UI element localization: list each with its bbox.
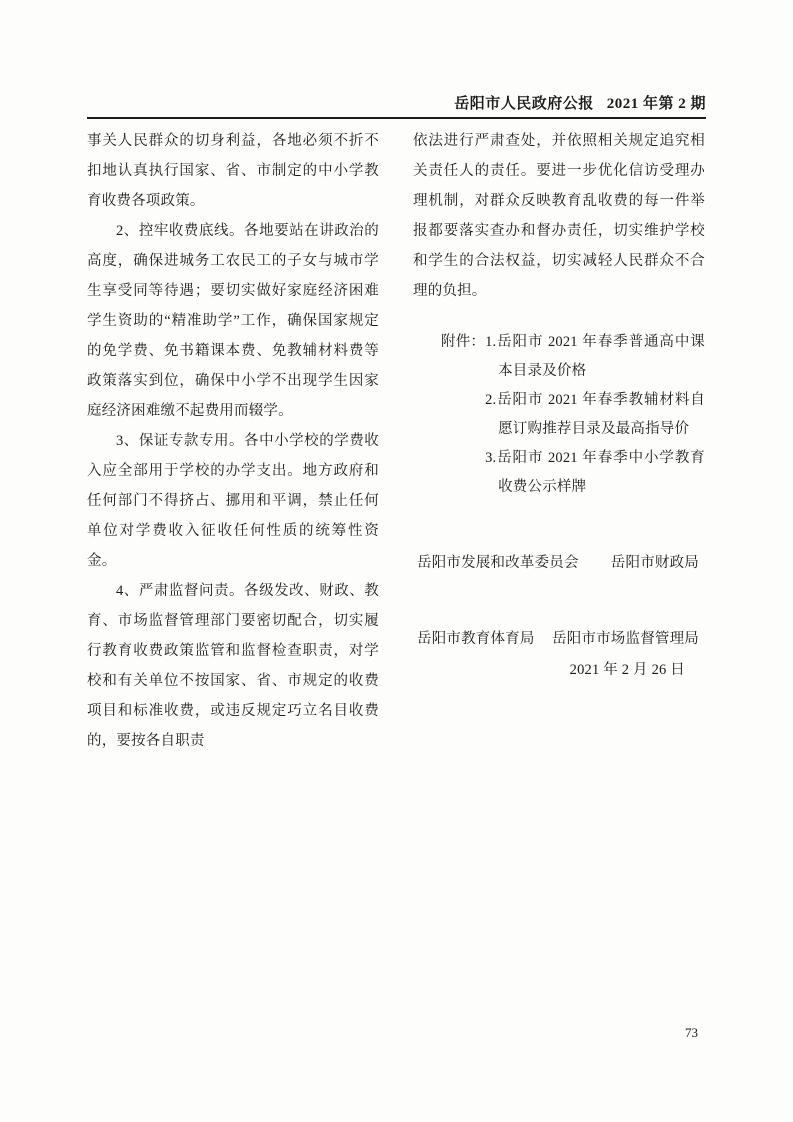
signature-agency-development-reform: 岳阳市发展和改革委员会 <box>417 548 579 578</box>
signature-block: 岳阳市发展和改革委员会 岳阳市财政局 岳阳市教育体育局 岳阳市市场监督管理局 2… <box>413 548 705 685</box>
paragraph-continuation-right: 依法进行严肃查处，并依照相关规定追究相关责任人的责任。要进一步优化信访受理办理机… <box>413 126 705 306</box>
header-divider <box>87 117 706 119</box>
paragraph-continuation: 事关人民群众的切身利益，各地必须不折不扣地认真执行国家、省、市制定的中小学教育收… <box>87 126 379 216</box>
signature-row-2: 岳阳市教育体育局 岳阳市市场监督管理局 <box>413 624 705 654</box>
gazette-page: 岳阳市人民政府公报2021 年第 2 期 事关人民群众的切身利益，各地必须不折不… <box>0 0 793 1122</box>
paragraph-item-3: 3、保证专款专用。各中小学校的学费收入应全部用于学校的办学支出。地方政府和任何部… <box>87 426 379 576</box>
paragraph-item-2: 2、控牢收费底线。各地要站在讲政治的高度，确保进城务工农民工的子女与城市学生享受… <box>87 216 379 426</box>
signature-date: 2021 年 2 月 26 日 <box>413 655 705 685</box>
attachments-block: 附件： 1.岳阳市 2021 年春季普通高中课本目录及价格 2.岳阳市 2021… <box>413 328 705 502</box>
attachment-item-3: 3.岳阳市 2021 年春季中小学教育收费公示样牌 <box>485 444 705 502</box>
paragraph-item-4: 4、严肃监督问责。各级发改、财政、教育、市场监督管理部门要密切配合，切实履行教育… <box>87 576 379 756</box>
signature-agency-education-sports: 岳阳市教育体育局 <box>417 624 535 654</box>
attachments-list: 1.岳阳市 2021 年春季普通高中课本目录及价格 2.岳阳市 2021 年春季… <box>485 328 705 502</box>
right-column: 依法进行严肃查处，并依照相关规定追究相关责任人的责任。要进一步优化信访受理办理机… <box>413 126 705 756</box>
attachments-label: 附件： <box>441 328 485 502</box>
attachment-item-2: 2.岳阳市 2021 年春季教辅材料自愿订购推荐目录及最高指导价 <box>485 386 705 444</box>
gazette-title: 岳阳市人民政府公报 <box>454 96 594 112</box>
signature-row-1: 岳阳市发展和改革委员会 岳阳市财政局 <box>413 548 705 578</box>
page-header: 岳阳市人民政府公报2021 年第 2 期 <box>87 95 706 114</box>
attachment-item-1: 1.岳阳市 2021 年春季普通高中课本目录及价格 <box>485 328 705 386</box>
left-column: 事关人民群众的切身利益，各地必须不折不扣地认真执行国家、省、市制定的中小学教育收… <box>87 126 379 756</box>
signature-agency-market-supervision: 岳阳市市场监督管理局 <box>552 624 699 654</box>
two-column-body: 事关人民群众的切身利益，各地必须不折不扣地认真执行国家、省、市制定的中小学教育收… <box>87 126 706 756</box>
gazette-issue: 2021 年第 2 期 <box>607 96 706 112</box>
signature-agency-finance: 岳阳市财政局 <box>611 548 699 578</box>
page-number: 73 <box>685 1025 698 1041</box>
